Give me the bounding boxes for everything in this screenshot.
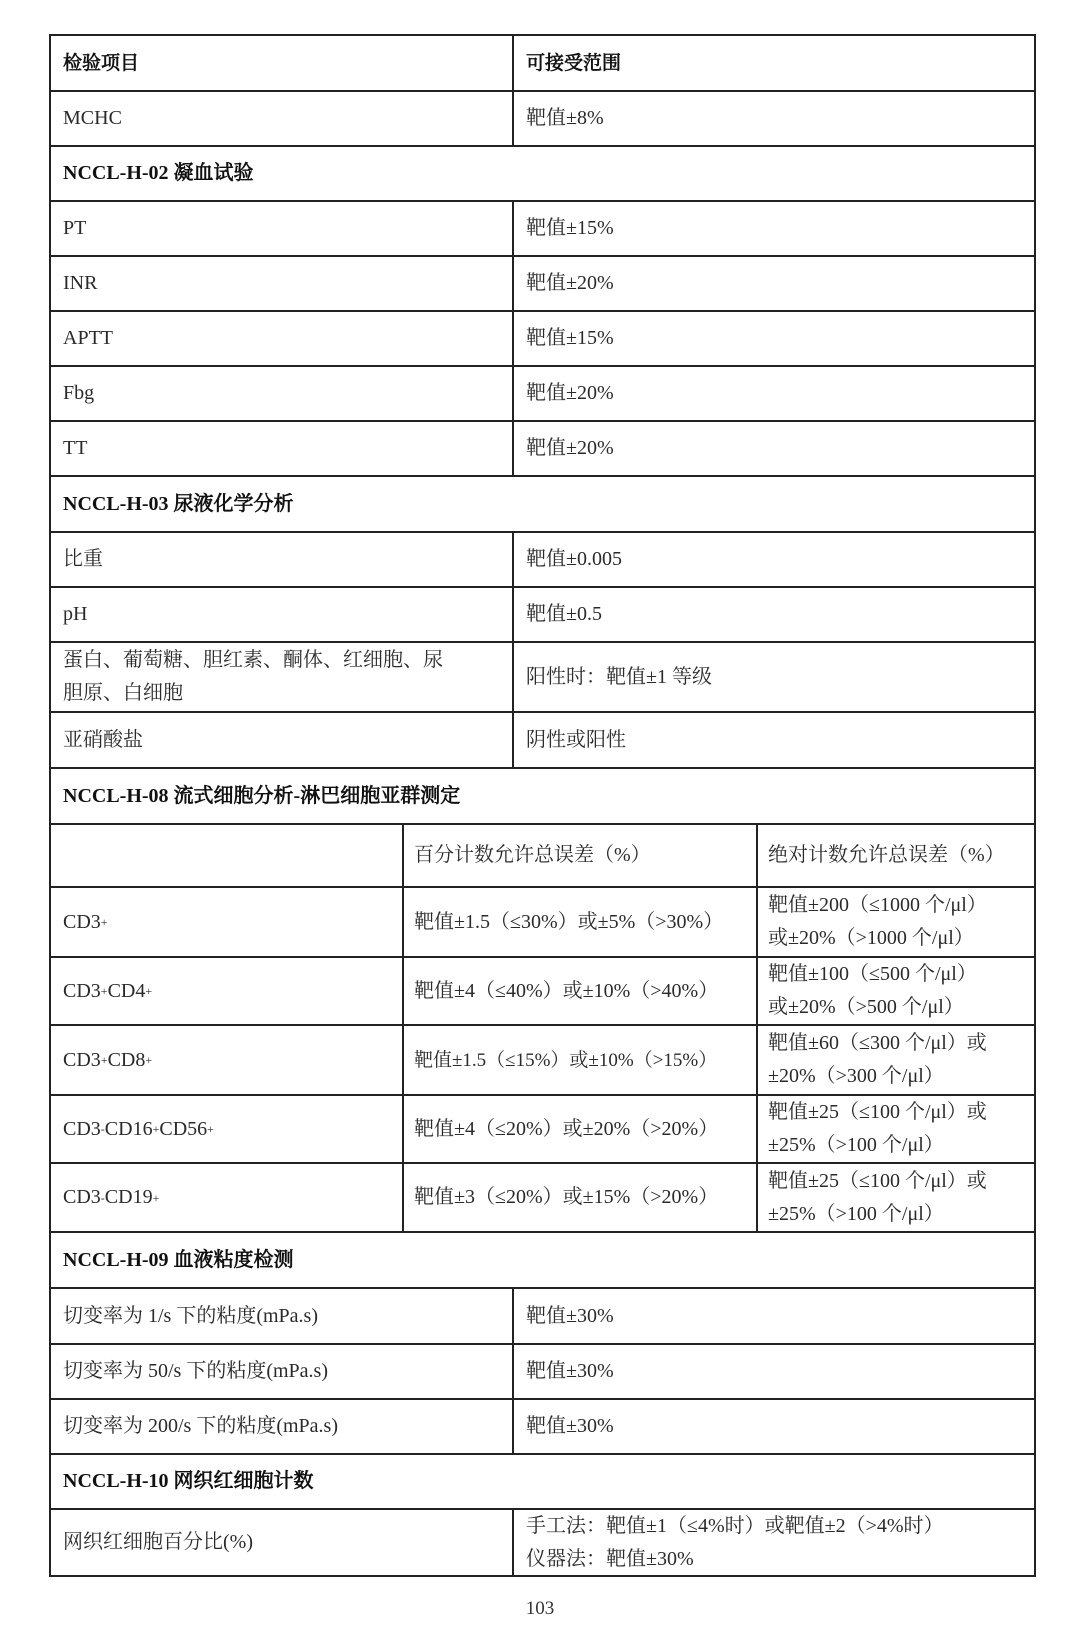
item-cell: 切变率为 200/s 下的粘度(mPa.s) bbox=[51, 1400, 514, 1453]
page-number: 103 bbox=[0, 1598, 1080, 1620]
range-cell: 靶值±30% bbox=[514, 1289, 1034, 1343]
acceptable-range-table: 检验项目 可接受范围 MCHC 靶值±8% NCCL-H-02 凝血试验 PT … bbox=[49, 34, 1036, 1577]
subheader-absolute: 绝对计数允许总误差（%） bbox=[758, 825, 1034, 886]
item-line: 蛋白、葡萄糖、胆红素、酮体、红细胞、尿 bbox=[63, 644, 443, 677]
table-row: APTT 靶值±15% bbox=[51, 310, 1034, 365]
item-cell: INR bbox=[51, 257, 514, 310]
absolute-cell: 靶值±25（≤100 个/μl）或 ±25%（>100 个/μl） bbox=[758, 1096, 1034, 1162]
range-cell: 靶值±8% bbox=[514, 92, 1034, 145]
item-cell: 蛋白、葡萄糖、胆红素、酮体、红细胞、尿 胆原、白细胞 bbox=[51, 643, 514, 711]
table-row: INR 靶值±20% bbox=[51, 255, 1034, 310]
section-title: NCCL-H-02 凝血试验 bbox=[51, 147, 1034, 200]
table-row: TT 靶值±20% bbox=[51, 420, 1034, 475]
table-row: 比重 靶值±0.005 bbox=[51, 531, 1034, 586]
item-line: 胆原、白细胞 bbox=[63, 677, 183, 710]
range-cell: 靶值±0.005 bbox=[514, 533, 1034, 586]
range-cell: 阳性时：靶值±1 等级 bbox=[514, 643, 1034, 711]
range-cell: 靶值±15% bbox=[514, 202, 1034, 255]
percent-cell: 靶值±3（≤20%）或±15%（>20%） bbox=[404, 1164, 758, 1231]
header-range: 可接受范围 bbox=[514, 36, 1034, 90]
range-cell: 阴性或阳性 bbox=[514, 713, 1034, 767]
item-cell: 网织红细胞百分比(%) bbox=[51, 1510, 514, 1575]
range-cell: 靶值±20% bbox=[514, 422, 1034, 475]
absolute-cell: 靶值±60（≤300 个/μl）或 ±20%（>300 个/μl） bbox=[758, 1026, 1034, 1094]
section-header-h10: NCCL-H-10 网织红细胞计数 bbox=[51, 1453, 1034, 1508]
section-header-h03: NCCL-H-03 尿液化学分析 bbox=[51, 475, 1034, 531]
table-row: PT 靶值±15% bbox=[51, 200, 1034, 255]
absolute-cell: 靶值±200（≤1000 个/μl） 或±20%（>1000 个/μl） bbox=[758, 888, 1034, 956]
item-cell: 切变率为 50/s 下的粘度(mPa.s) bbox=[51, 1345, 514, 1398]
table-row: Fbg 靶值±20% bbox=[51, 365, 1034, 420]
table-row: CD3+CD8+ 靶值±1.5（≤15%）或±10%（>15%） 靶值±60（≤… bbox=[51, 1024, 1034, 1094]
marker-cell: CD3+ bbox=[51, 888, 404, 956]
section-header-h02: NCCL-H-02 凝血试验 bbox=[51, 145, 1034, 200]
item-cell: APTT bbox=[51, 312, 514, 365]
table-header-row: 检验项目 可接受范围 bbox=[51, 36, 1034, 90]
marker-cell: CD3-CD16+CD56+ bbox=[51, 1096, 404, 1162]
section-title: NCCL-H-08 流式细胞分析-淋巴细胞亚群测定 bbox=[51, 769, 1034, 823]
table-row: 切变率为 200/s 下的粘度(mPa.s) 靶值±30% bbox=[51, 1398, 1034, 1453]
item-cell: 比重 bbox=[51, 533, 514, 586]
range-cell: 靶值±30% bbox=[514, 1345, 1034, 1398]
table-row: CD3+ 靶值±1.5（≤30%）或±5%（>30%） 靶值±200（≤1000… bbox=[51, 886, 1034, 956]
percent-cell: 靶值±1.5（≤30%）或±5%（>30%） bbox=[404, 888, 758, 956]
header-item: 检验项目 bbox=[51, 36, 514, 90]
table-row: 亚硝酸盐 阴性或阳性 bbox=[51, 711, 1034, 767]
table-row: 网织红细胞百分比(%) 手工法：靶值±1（≤4%时）或靶值±2（>4%时） 仪器… bbox=[51, 1508, 1034, 1575]
item-cell: PT bbox=[51, 202, 514, 255]
marker-cell: CD3+CD8+ bbox=[51, 1026, 404, 1094]
percent-cell: 靶值±4（≤20%）或±20%（>20%） bbox=[404, 1096, 758, 1162]
flow-subheader-row: 百分计数允许总误差（%） 绝对计数允许总误差（%） bbox=[51, 823, 1034, 886]
section-title: NCCL-H-03 尿液化学分析 bbox=[51, 477, 1034, 531]
section-title: NCCL-H-10 网织红细胞计数 bbox=[51, 1455, 1034, 1508]
section-header-h08: NCCL-H-08 流式细胞分析-淋巴细胞亚群测定 bbox=[51, 767, 1034, 823]
item-cell: 亚硝酸盐 bbox=[51, 713, 514, 767]
absolute-cell: 靶值±25（≤100 个/μl）或 ±25%（>100 个/μl） bbox=[758, 1164, 1034, 1231]
item-cell: 切变率为 1/s 下的粘度(mPa.s) bbox=[51, 1289, 514, 1343]
range-cell: 靶值±20% bbox=[514, 257, 1034, 310]
item-cell: Fbg bbox=[51, 367, 514, 420]
subheader-percent: 百分计数允许总误差（%） bbox=[404, 825, 758, 886]
table-row: 切变率为 1/s 下的粘度(mPa.s) 靶值±30% bbox=[51, 1287, 1034, 1343]
item-cell: pH bbox=[51, 588, 514, 641]
table-row: pH 靶值±0.5 bbox=[51, 586, 1034, 641]
marker-cell: CD3+CD4+ bbox=[51, 958, 404, 1024]
range-cell: 靶值±15% bbox=[514, 312, 1034, 365]
marker-cell: CD3-CD19+ bbox=[51, 1164, 404, 1231]
item-cell: MCHC bbox=[51, 92, 514, 145]
table-row: CD3-CD16+CD56+ 靶值±4（≤20%）或±20%（>20%） 靶值±… bbox=[51, 1094, 1034, 1162]
table-row: 切变率为 50/s 下的粘度(mPa.s) 靶值±30% bbox=[51, 1343, 1034, 1398]
subheader-empty bbox=[51, 825, 404, 886]
section-header-h09: NCCL-H-09 血液粘度检测 bbox=[51, 1231, 1034, 1287]
item-cell: TT bbox=[51, 422, 514, 475]
table-row: 蛋白、葡萄糖、胆红素、酮体、红细胞、尿 胆原、白细胞 阳性时：靶值±1 等级 bbox=[51, 641, 1034, 711]
range-cell: 靶值±0.5 bbox=[514, 588, 1034, 641]
range-cell: 靶值±20% bbox=[514, 367, 1034, 420]
section-title: NCCL-H-09 血液粘度检测 bbox=[51, 1233, 1034, 1287]
range-cell: 靶值±30% bbox=[514, 1400, 1034, 1453]
absolute-cell: 靶值±100（≤500 个/μl） 或±20%（>500 个/μl） bbox=[758, 958, 1034, 1024]
percent-cell: 靶值±1.5（≤15%）或±10%（>15%） bbox=[404, 1026, 758, 1094]
table-row: CD3+CD4+ 靶值±4（≤40%）或±10%（>40%） 靶值±100（≤5… bbox=[51, 956, 1034, 1024]
table-row: MCHC 靶值±8% bbox=[51, 90, 1034, 145]
table-row: CD3-CD19+ 靶值±3（≤20%）或±15%（>20%） 靶值±25（≤1… bbox=[51, 1162, 1034, 1231]
range-cell: 手工法：靶值±1（≤4%时）或靶值±2（>4%时） 仪器法：靶值±30% bbox=[514, 1510, 1034, 1575]
percent-cell: 靶值±4（≤40%）或±10%（>40%） bbox=[404, 958, 758, 1024]
